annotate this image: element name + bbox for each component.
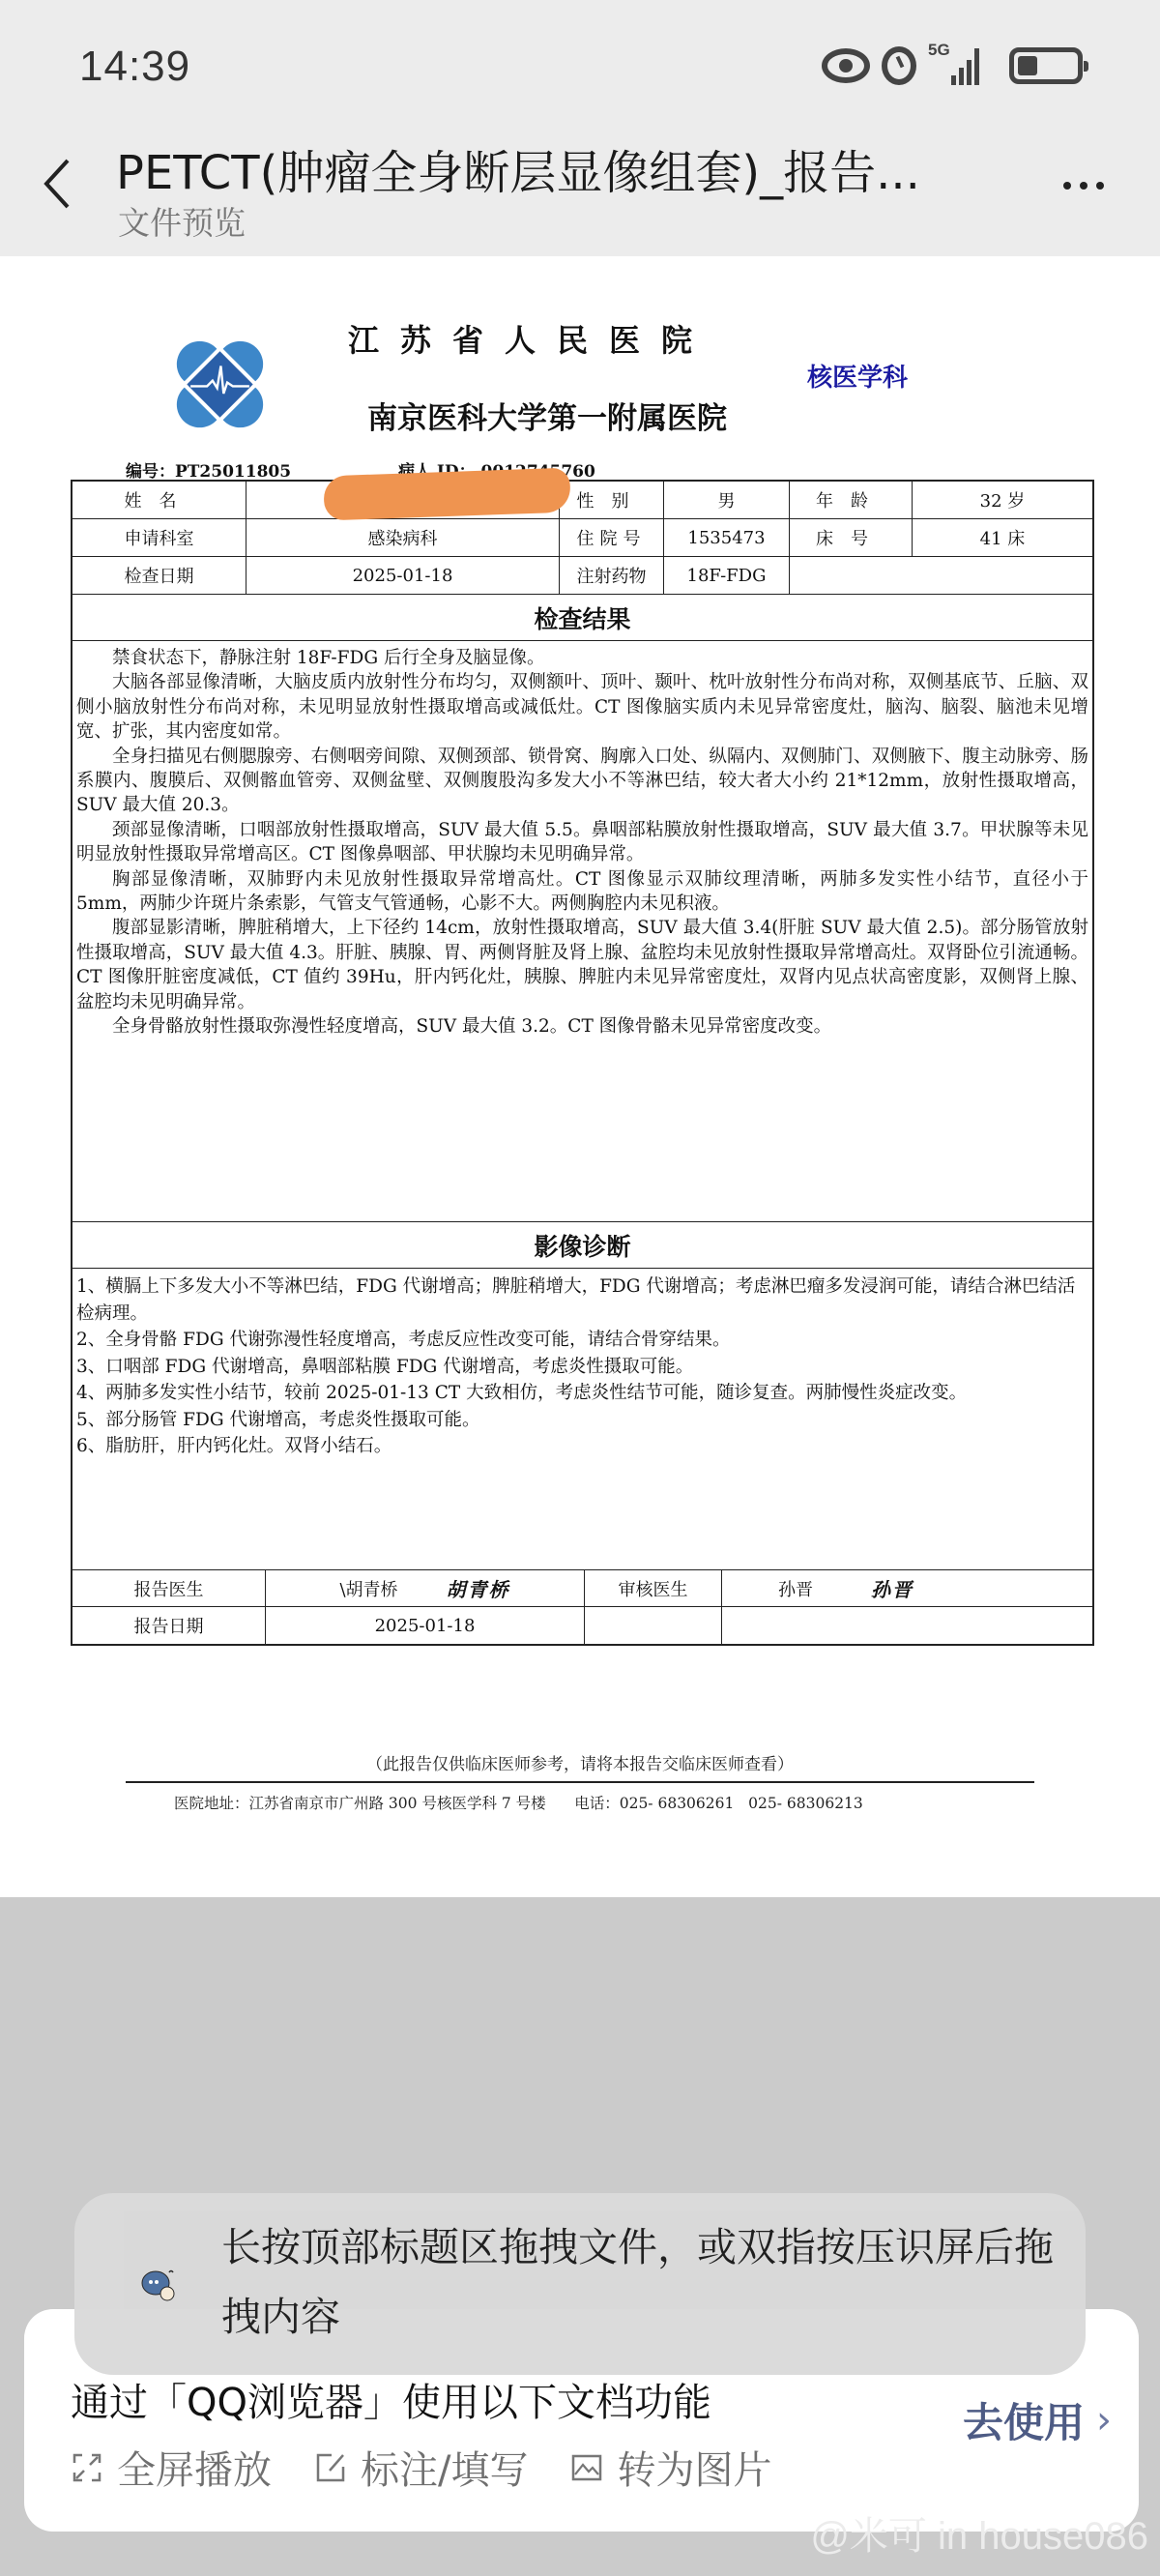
value-reviewing-doctor: 孙晋 孙晋 (722, 1570, 1092, 1606)
label-exam-date: 检查日期 (72, 557, 246, 594)
toast-message: 长按顶部标题区拖拽文件，或双指按压识屏后拖拽内容 (221, 2212, 1072, 2352)
info-row-name: 姓名 性别 男 年龄 32 岁 (72, 482, 1092, 519)
diagnosis-item: 3、口咽部 FDG 代谢增高，鼻咽部粘膜 FDG 代谢增高，考虑炎性摄取可能。 (76, 1354, 1088, 1381)
footer-address: 医院地址：江苏省南京市广州路 300 号核医学科 7 号楼 电话：025- 68… (174, 1792, 863, 1813)
document-title[interactable]: PETCT(肿瘤全身断层显像组套)_报告... (116, 135, 920, 202)
diagnosis-item: 5、部分肠管 FDG 代谢增高，考虑炎性摄取可能。 (76, 1407, 1088, 1434)
go-use-label: 去使用 (963, 2391, 1085, 2449)
diagnosis-item: 2、全身骨骼 FDG 代谢弥漫性轻度增高，考虑反应性改变可能，请结合骨穿结果。 (76, 1327, 1088, 1354)
dot-icon (1096, 182, 1104, 190)
value-age: 32 岁 (913, 482, 1092, 518)
back-button[interactable] (39, 155, 77, 213)
hospital-logo-icon (174, 338, 266, 430)
findings-paragraph: 禁食状态下，静脉注射 18F-FDG 后行全身及脑显像。 (76, 646, 1088, 670)
dot-icon (1063, 182, 1071, 190)
disclaimer: （此报告仅供临床医师参考，请将本报告交临床医师查看） (0, 1750, 1160, 1774)
value-report-date: 2025-01-18 (266, 1607, 585, 1644)
reporting-doctor-name: \胡青桥 (339, 1576, 397, 1601)
sheet-title: 通过「QQ浏览器」使用以下文档功能 (71, 2372, 711, 2427)
findings-paragraph: 全身扫描见右侧腮腺旁、右侧咽旁间隙、双侧颈部、锁骨窝、胸廓入口处、纵隔内、双侧肺… (76, 745, 1088, 818)
edit-icon (314, 2451, 347, 2484)
sheet-actions: 全屏播放 标注/填写 转为图片 (71, 2440, 771, 2495)
watermark: @米可 in house086 (810, 2505, 1148, 2561)
reporting-doctor-signature: 胡青桥 (447, 1574, 510, 1602)
findings-header: 检查结果 (72, 595, 1092, 641)
signal-5g-icon: 5G (928, 46, 990, 85)
value-reporting-doctor: \胡青桥 胡青桥 (266, 1570, 585, 1606)
diagnosis-header: 影像诊断 (72, 1222, 1092, 1269)
empty-cell (790, 557, 1092, 594)
label-tracer: 注射药物 (560, 557, 664, 594)
report-table: 姓名 性别 男 年龄 32 岁 申请科室 感染病科 住院号 1535473 床号… (71, 480, 1094, 1646)
go-use-button[interactable]: 去使用 › (963, 2391, 1112, 2449)
value-tracer: 18F-FDG (664, 557, 790, 594)
label-name: 姓名 (72, 482, 246, 518)
diagnosis-item: 6、脂肪肝，肝内钙化灶。双肾小结石。 (76, 1433, 1088, 1460)
image-icon (570, 2451, 603, 2484)
chat-bubble-icon (140, 2269, 179, 2303)
info-row-dept: 申请科室 感染病科 住院号 1535473 床号 41 床 (72, 519, 1092, 557)
label-reviewing-doctor: 审核医生 (585, 1570, 722, 1606)
fullscreen-icon (71, 2451, 103, 2484)
status-icons: 5G (822, 46, 1083, 85)
battery-icon (1009, 47, 1083, 84)
hospital-name: 江苏省人民医院 (348, 316, 713, 361)
convert-label: 转为图片 (617, 2440, 771, 2495)
footer-divider (126, 1781, 1034, 1783)
department-name: 核医学科 (807, 358, 908, 394)
document-subtitle: 文件预览 (118, 198, 246, 244)
dot-icon (1080, 182, 1087, 190)
label-reporting-doctor: 报告医生 (72, 1570, 266, 1606)
value-department: 感染病科 (246, 519, 560, 556)
label-inpatient-no: 住院号 (560, 519, 664, 556)
label-gender: 性别 (560, 482, 664, 518)
diagnosis-item: 4、两肺多发实性小结节，较前 2025-01-13 CT 大致相仿，考虑炎性结节… (76, 1380, 1088, 1407)
empty-cell (585, 1607, 722, 1644)
more-options-button[interactable] (1063, 182, 1104, 190)
findings-paragraph: 大脑各部显像清晰，大脑皮质内放射性分布均匀，双侧额叶、顶叶、颞叶、枕叶放射性分布… (76, 670, 1088, 744)
chevron-left-icon (39, 155, 77, 213)
annotate-button[interactable]: 标注/填写 (314, 2440, 528, 2495)
empty-cell (722, 1607, 1092, 1644)
findings-body: 禁食状态下，静脉注射 18F-FDG 后行全身及脑显像。 大脑各部显像清晰，大脑… (72, 641, 1092, 1222)
document-page[interactable]: 江苏省人民医院 南京医科大学第一附属医院 核医学科 编号：PT25011805 … (0, 256, 1160, 1897)
info-row-exam: 检查日期 2025-01-18 注射药物 18F-FDG (72, 557, 1092, 595)
report-number: 编号：PT25011805 (126, 457, 291, 482)
signature-row: 报告医生 \胡青桥 胡青桥 审核医生 孙晋 孙晋 (72, 1570, 1092, 1607)
label-report-date: 报告日期 (72, 1607, 266, 1644)
redaction-mark (323, 468, 570, 521)
status-time: 14:39 (79, 43, 190, 91)
convert-to-image-button[interactable]: 转为图片 (570, 2440, 771, 2495)
fullscreen-label: 全屏播放 (117, 2440, 272, 2495)
findings-paragraph: 胸部显像清晰，双肺野内未见放射性摄取异常增高灶。CT 图像显示双肺纹理清晰，两肺… (76, 867, 1088, 917)
chevron-right-icon: › (1096, 2398, 1112, 2443)
hospital-name-secondary: 南京医科大学第一附属医院 (367, 394, 727, 437)
eye-icon (822, 48, 870, 83)
findings-paragraph: 腹部显影清晰，脾脏稍增大，上下径约 14cm，放射性摄取增高，SUV 最大值 3… (76, 916, 1088, 1014)
value-bed-no: 41 床 (913, 519, 1092, 556)
reviewing-doctor-name: 孙晋 (778, 1576, 813, 1601)
diagnosis-body: 1、横膈上下多发大小不等淋巴结，FDG 代谢增高；脾脏稍增大，FDG 代谢增高；… (72, 1269, 1092, 1570)
label-bed-no: 床号 (790, 519, 913, 556)
findings-paragraph: 颈部显像清晰，口咽部放射性摄取增高，SUV 最大值 5.5。鼻咽部粘膜放射性摄取… (76, 818, 1088, 867)
value-gender: 男 (664, 482, 790, 518)
fullscreen-button[interactable]: 全屏播放 (71, 2440, 272, 2495)
findings-paragraph: 全身骨骼放射性摄取弥漫性轻度增高，SUV 最大值 3.2。CT 图像骨骼未见异常… (76, 1014, 1088, 1039)
drag-hint-toast: 长按顶部标题区拖拽文件，或双指按压识屏后拖拽内容 (74, 2193, 1086, 2375)
annotate-label: 标注/填写 (361, 2440, 528, 2495)
label-age: 年龄 (790, 482, 913, 518)
report-date-row: 报告日期 2025-01-18 (72, 1607, 1092, 1644)
network-type-label: 5G (928, 41, 950, 60)
top-bar: 14:39 5G PETCT(肿瘤全身断层显像组套)_报告... 文件预览 (0, 0, 1160, 256)
value-exam-date: 2025-01-18 (246, 557, 560, 594)
value-inpatient-no: 1535473 (664, 519, 790, 556)
alarm-icon (882, 46, 916, 85)
label-department: 申请科室 (72, 519, 246, 556)
reviewing-doctor-signature: 孙晋 (871, 1574, 913, 1602)
diagnosis-item: 1、横膈上下多发大小不等淋巴结，FDG 代谢增高；脾脏稍增大，FDG 代谢增高；… (76, 1273, 1088, 1327)
